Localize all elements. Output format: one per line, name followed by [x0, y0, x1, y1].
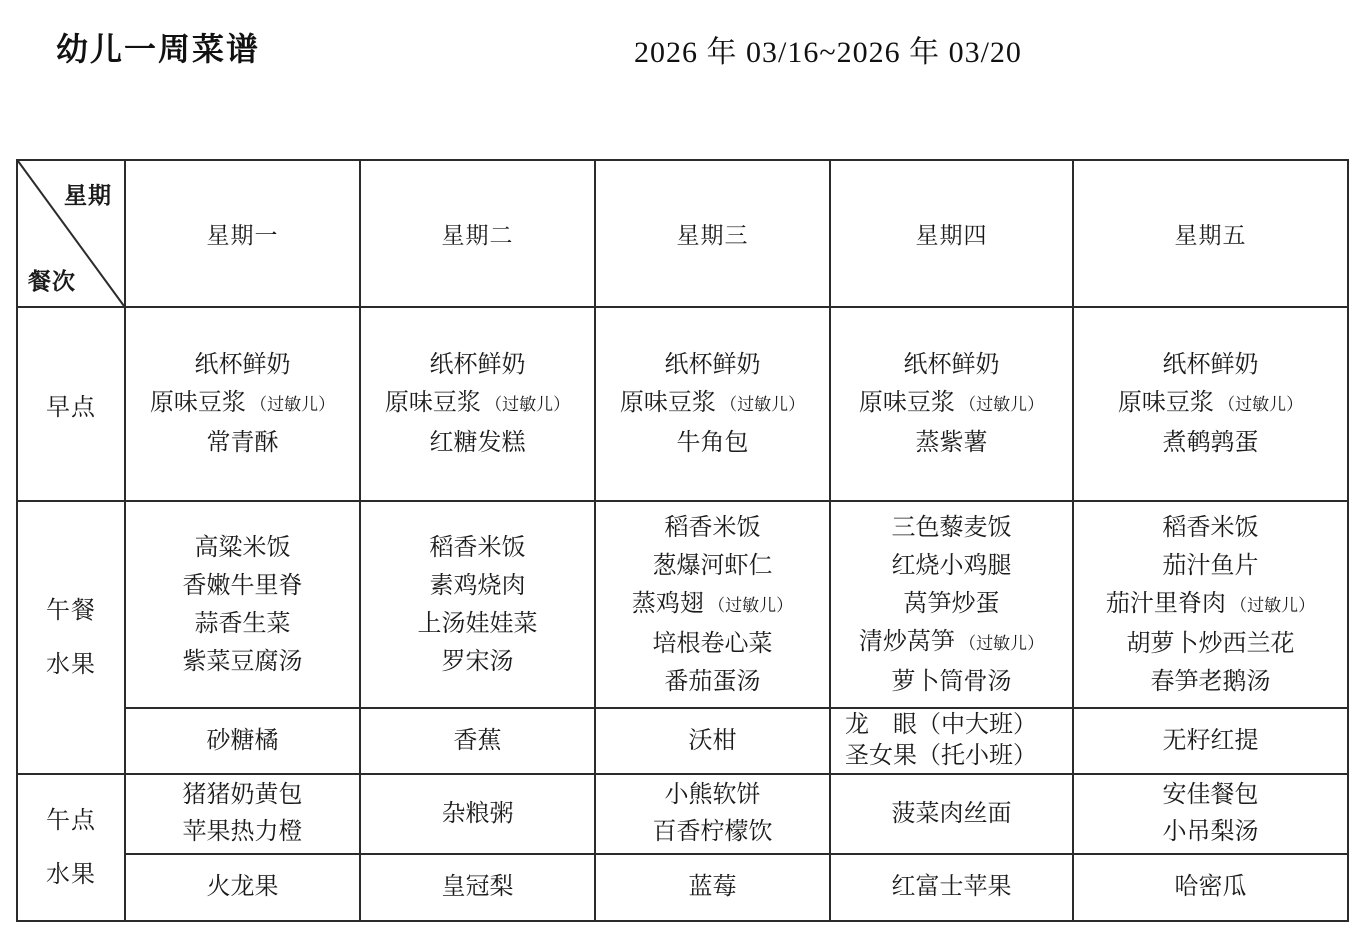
dish-name: 砂糖橘 [207, 728, 279, 754]
menu-item: 红糖发糕 [361, 424, 594, 462]
row-label-breakfast: 早点 [17, 307, 125, 501]
menu-item: 培根卷心菜 [596, 625, 829, 663]
dish-name: 苹果热力橙 [183, 819, 303, 845]
menu-cell-breakfast-tuesday: 纸杯鲜奶原味豆浆 （过敏儿）红糖发糕 [360, 307, 595, 501]
dish-name: 龙 眼（中大班） [845, 712, 1037, 738]
dish-name: 培根卷心菜 [653, 631, 773, 657]
menu-cell-breakfast-friday: 纸杯鲜奶原味豆浆 （过敏儿）煮鹌鹑蛋 [1073, 307, 1348, 501]
dish-name: 香蕉 [454, 728, 502, 754]
menu-item: 沃柑 [596, 726, 829, 757]
menu-cell-snackfruit-friday: 哈密瓜 [1073, 854, 1348, 921]
menu-item: 香蕉 [361, 726, 594, 757]
dish-name: 蒸鸡翅 [632, 591, 704, 617]
dish-name: 紫菜豆腐汤 [183, 649, 303, 675]
dish-name: 胡萝卜炒西兰花 [1127, 631, 1295, 657]
menu-item: 素鸡烧肉 [361, 567, 594, 605]
dish-name: 哈密瓜 [1175, 874, 1247, 900]
day-header-tuesday: 星期二 [360, 160, 595, 307]
dish-name: 沃柑 [689, 728, 737, 754]
dish-name: 猪猪奶黄包 [183, 782, 303, 808]
menu-cell-breakfast-wednesday: 纸杯鲜奶原味豆浆 （过敏儿）牛角包 [595, 307, 830, 501]
menu-cell-lunch-friday: 稻香米饭茄汁鱼片茄汁里脊肉 （过敏儿）胡萝卜炒西兰花春笋老鹅汤 [1073, 501, 1348, 708]
dish-name: 百香柠檬饮 [653, 819, 773, 845]
menu-item: 原味豆浆 （过敏儿） [831, 384, 1072, 424]
menu-item: 安佳餐包 [1074, 777, 1347, 814]
menu-item: 高粱米饭 [126, 529, 359, 567]
dish-name: 无籽红提 [1163, 728, 1259, 754]
menu-item: 火龙果 [126, 872, 359, 903]
dish-name: 罗宋汤 [442, 649, 514, 675]
dish-name: 莴笋炒蛋 [904, 591, 1000, 617]
menu-item: 纸杯鲜奶 [596, 346, 829, 384]
menu-cell-lunchfruit-monday: 砂糖橘 [125, 708, 360, 774]
menu-item: 茄汁里脊肉 （过敏儿） [1074, 585, 1347, 625]
dish-name: 小熊软饼 [665, 782, 761, 808]
menu-item: 牛角包 [596, 424, 829, 462]
menu-item: 猪猪奶黄包 [126, 777, 359, 814]
dish-name: 高粱米饭 [195, 535, 291, 561]
menu-cell-lunchfruit-friday: 无籽红提 [1073, 708, 1348, 774]
menu-cell-snackfruit-thursday: 红富士苹果 [830, 854, 1073, 921]
menu-item: 萝卜筒骨汤 [831, 663, 1072, 701]
day-header-wednesday: 星期三 [595, 160, 830, 307]
dish-name: 安佳餐包 [1163, 782, 1259, 808]
dish-name: 原味豆浆 [150, 390, 246, 416]
menu-item: 百香柠檬饮 [596, 814, 829, 851]
menu-item: 蒜香生菜 [126, 605, 359, 643]
dish-name: 原味豆浆 [620, 390, 716, 416]
menu-item: 蒸鸡翅 （过敏儿） [596, 585, 829, 625]
menu-item: 香嫩牛里脊 [126, 567, 359, 605]
day-header-thursday: 星期四 [830, 160, 1073, 307]
menu-item: 红烧小鸡腿 [831, 547, 1072, 585]
dish-name: 清炒莴笋 [859, 629, 955, 655]
dish-name: 原味豆浆 [385, 390, 481, 416]
menu-item: 常青酥 [126, 424, 359, 462]
dish-name: 纸杯鲜奶 [430, 352, 526, 378]
dish-name: 纸杯鲜奶 [1163, 352, 1259, 378]
menu-item: 纸杯鲜奶 [1074, 346, 1347, 384]
menu-item: 原味豆浆 （过敏儿） [1074, 384, 1347, 424]
dish-name: 纸杯鲜奶 [195, 352, 291, 378]
allergy-note: （过敏儿） [704, 596, 793, 615]
dish-name: 蒜香生菜 [195, 611, 291, 637]
menu-item: 罗宋汤 [361, 643, 594, 681]
dish-name: 纸杯鲜奶 [904, 352, 1000, 378]
page-title: 幼儿一周菜谱 [56, 24, 260, 70]
dish-name: 上汤娃娃菜 [418, 611, 538, 637]
menu-item: 小吊梨汤 [1074, 814, 1347, 851]
dish-name: 茄汁鱼片 [1163, 553, 1259, 579]
menu-cell-lunch-monday: 高粱米饭香嫩牛里脊蒜香生菜紫菜豆腐汤 [125, 501, 360, 708]
dish-name: 蓝莓 [689, 874, 737, 900]
dish-name: 皇冠梨 [442, 874, 514, 900]
day-header-friday: 星期五 [1073, 160, 1348, 307]
menu-item: 蒸紫薯 [831, 424, 1072, 462]
dish-name: 红富士苹果 [892, 874, 1012, 900]
dish-name: 常青酥 [207, 430, 279, 456]
dish-name: 小吊梨汤 [1163, 819, 1259, 845]
menu-item: 龙 眼（中大班） [845, 710, 1072, 741]
menu-cell-lunch-tuesday: 稻香米饭素鸡烧肉上汤娃娃菜罗宋汤 [360, 501, 595, 708]
dish-name: 稻香米饭 [665, 515, 761, 541]
allergy-note: （过敏儿） [1226, 596, 1315, 615]
menu-cell-snackfruit-monday: 火龙果 [125, 854, 360, 921]
menu-item: 圣女果（托小班） [845, 741, 1072, 772]
row-label-snack-fruit: 午点 水果 [17, 774, 125, 921]
menu-table: 星期 餐次 星期一 星期二 星期三 星期四 星期五 早点 纸杯鲜奶原味豆浆 （过… [16, 159, 1349, 922]
weekly-menu-page: 幼儿一周菜谱 2026 年 03/16~2026 年 03/20 星期 餐次 星… [0, 0, 1370, 948]
menu-item: 菠菜肉丝面 [831, 796, 1072, 833]
allergy-note: （过敏儿） [246, 395, 335, 414]
menu-item: 三色藜麦饭 [831, 509, 1072, 547]
row-label-lunch: 午餐 [46, 599, 96, 623]
menu-cell-lunch-wednesday: 稻香米饭葱爆河虾仁蒸鸡翅 （过敏儿）培根卷心菜番茄蛋汤 [595, 501, 830, 708]
allergy-note: （过敏儿） [716, 395, 805, 414]
menu-item: 纸杯鲜奶 [831, 346, 1072, 384]
dish-name: 煮鹌鹑蛋 [1163, 430, 1259, 456]
dish-name: 番茄蛋汤 [665, 669, 761, 695]
dish-name: 原味豆浆 [859, 390, 955, 416]
menu-cell-lunch-thursday: 三色藜麦饭红烧小鸡腿莴笋炒蛋清炒莴笋 （过敏儿）萝卜筒骨汤 [830, 501, 1073, 708]
menu-item: 原味豆浆 （过敏儿） [596, 384, 829, 424]
allergy-note: （过敏儿） [481, 395, 570, 414]
dish-name: 纸杯鲜奶 [665, 352, 761, 378]
menu-cell-lunchfruit-thursday: 龙 眼（中大班）圣女果（托小班） [830, 708, 1073, 774]
allergy-note: （过敏儿） [955, 634, 1044, 653]
dish-name: 圣女果（托小班） [845, 743, 1037, 769]
menu-cell-snack-wednesday: 小熊软饼百香柠檬饮 [595, 774, 830, 854]
menu-item: 葱爆河虾仁 [596, 547, 829, 585]
menu-item: 苹果热力橙 [126, 814, 359, 851]
menu-item: 红富士苹果 [831, 872, 1072, 903]
corner-label-week: 星期 [64, 177, 112, 210]
menu-cell-snack-monday: 猪猪奶黄包苹果热力橙 [125, 774, 360, 854]
row-label-snack-fruit-text: 水果 [46, 863, 96, 887]
dish-name: 红烧小鸡腿 [892, 553, 1012, 579]
menu-cell-lunchfruit-wednesday: 沃柑 [595, 708, 830, 774]
menu-cell-breakfast-thursday: 纸杯鲜奶原味豆浆 （过敏儿）蒸紫薯 [830, 307, 1073, 501]
menu-item: 原味豆浆 （过敏儿） [126, 384, 359, 424]
dish-name: 火龙果 [207, 874, 279, 900]
dish-name: 红糖发糕 [430, 430, 526, 456]
row-label-lunch-fruit-text: 水果 [46, 653, 96, 677]
menu-item: 小熊软饼 [596, 777, 829, 814]
menu-item: 稻香米饭 [1074, 509, 1347, 547]
menu-item: 茄汁鱼片 [1074, 547, 1347, 585]
menu-item: 稻香米饭 [361, 529, 594, 567]
menu-item: 胡萝卜炒西兰花 [1074, 625, 1347, 663]
day-header-monday: 星期一 [125, 160, 360, 307]
dish-name: 牛角包 [677, 430, 749, 456]
dish-name: 原味豆浆 [1118, 390, 1214, 416]
dish-name: 杂粮粥 [442, 801, 514, 827]
dish-name: 葱爆河虾仁 [653, 553, 773, 579]
menu-item: 紫菜豆腐汤 [126, 643, 359, 681]
allergy-note: （过敏儿） [955, 395, 1044, 414]
menu-cell-breakfast-monday: 纸杯鲜奶原味豆浆 （过敏儿）常青酥 [125, 307, 360, 501]
menu-item: 清炒莴笋 （过敏儿） [831, 623, 1072, 663]
menu-item: 春笋老鹅汤 [1074, 663, 1347, 701]
menu-item: 杂粮粥 [361, 796, 594, 833]
menu-cell-snack-thursday: 菠菜肉丝面 [830, 774, 1073, 854]
dish-name: 蒸紫薯 [916, 430, 988, 456]
corner-cell: 星期 餐次 [17, 160, 125, 307]
menu-cell-snackfruit-wednesday: 蓝莓 [595, 854, 830, 921]
menu-item: 纸杯鲜奶 [126, 346, 359, 384]
menu-item: 蓝莓 [596, 872, 829, 903]
menu-cell-snack-tuesday: 杂粮粥 [360, 774, 595, 854]
dish-name: 萝卜筒骨汤 [892, 669, 1012, 695]
row-label-lunch-fruit: 午餐 水果 [17, 501, 125, 774]
menu-item: 番茄蛋汤 [596, 663, 829, 701]
dish-name: 春笋老鹅汤 [1151, 669, 1271, 695]
menu-item: 稻香米饭 [596, 509, 829, 547]
dish-name: 素鸡烧肉 [430, 573, 526, 599]
menu-item: 哈密瓜 [1074, 872, 1347, 903]
menu-cell-lunchfruit-tuesday: 香蕉 [360, 708, 595, 774]
allergy-note: （过敏儿） [1214, 395, 1303, 414]
menu-item: 砂糖橘 [126, 726, 359, 757]
menu-item: 纸杯鲜奶 [361, 346, 594, 384]
menu-item: 上汤娃娃菜 [361, 605, 594, 643]
menu-item: 莴笋炒蛋 [831, 585, 1072, 623]
dish-name: 稻香米饭 [430, 535, 526, 561]
menu-cell-snackfruit-tuesday: 皇冠梨 [360, 854, 595, 921]
date-range: 2026 年 03/16~2026 年 03/20 [634, 27, 1022, 71]
dish-name: 稻香米饭 [1163, 515, 1259, 541]
dish-name: 香嫩牛里脊 [183, 573, 303, 599]
menu-item: 原味豆浆 （过敏儿） [361, 384, 594, 424]
corner-label-meal: 餐次 [28, 263, 76, 296]
dish-name: 三色藜麦饭 [892, 515, 1012, 541]
menu-item: 皇冠梨 [361, 872, 594, 903]
dish-name: 菠菜肉丝面 [892, 801, 1012, 827]
dish-name: 茄汁里脊肉 [1106, 591, 1226, 617]
menu-item: 煮鹌鹑蛋 [1074, 424, 1347, 462]
menu-cell-snack-friday: 安佳餐包小吊梨汤 [1073, 774, 1348, 854]
row-label-snack: 午点 [46, 809, 96, 833]
menu-item: 无籽红提 [1074, 726, 1347, 757]
